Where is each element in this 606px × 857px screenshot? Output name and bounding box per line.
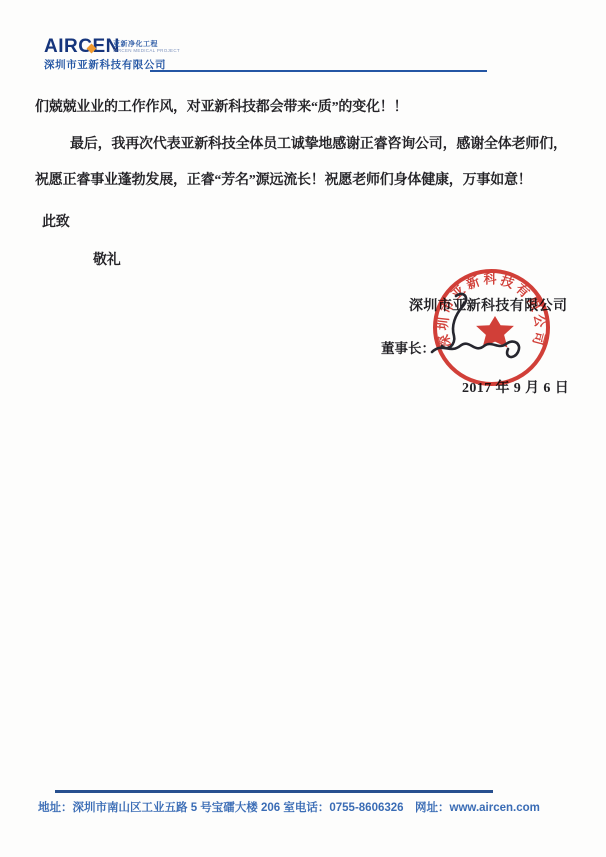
scanned-letter-page: AIRCEN 亚新净化工程 AIRCEN MEDICAL PROJECT 深圳市…: [0, 0, 606, 857]
logo-tagline-en: AIRCEN MEDICAL PROJECT: [113, 48, 180, 53]
body-line: 最后，我再次代表亚新科技全体员工诚挚地感谢正睿咨询公司，感谢全体老师们，: [35, 136, 580, 154]
company-logo: AIRCEN: [44, 36, 120, 58]
footer-rule: [55, 790, 493, 793]
closing-cizhi: 此致: [42, 214, 587, 232]
handwritten-signature: [420, 288, 550, 373]
body-line: 们兢兢业业的工作作风，对亚新科技都会带来“质”的变化！！: [35, 99, 580, 117]
footer-contact-text: 地址：深圳市南山区工业五路 5 号宝礌大楼 206 室电话：0755-86063…: [38, 799, 503, 815]
body-line: 祝愿正睿事业蓬勃发展，正睿“芳名”源远流长！祝愿老师们身体健康，万事如意！: [35, 172, 580, 190]
header-rule: [150, 70, 487, 72]
header-company-name: 深圳市亚新科技有限公司: [44, 57, 166, 72]
